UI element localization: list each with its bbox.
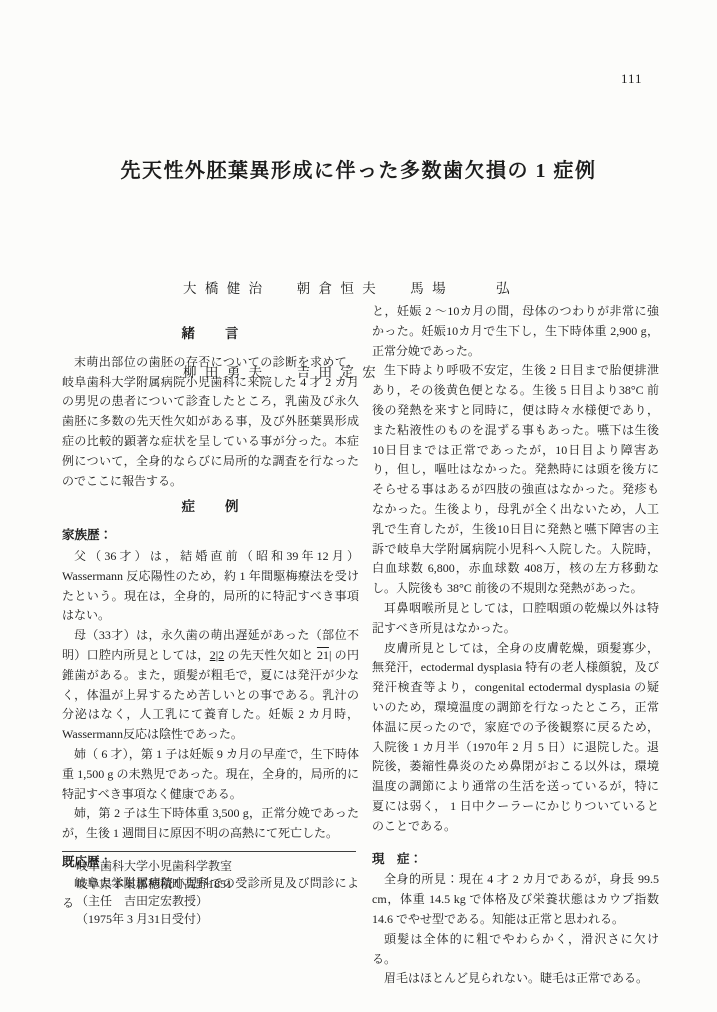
received-date-line: （1975年 3 月31日受付）: [76, 911, 232, 929]
present-condition-label: 現 症：: [372, 850, 659, 870]
address-line: 岐阜県本巣郡穂積町高野1851: [76, 876, 232, 894]
footnote-divider: [62, 851, 356, 852]
continuation-paragraph: と，妊娠 2 〜10カ月の間，母体のつわりが非常に強かった。妊娠10カ月で生下し…: [372, 302, 659, 361]
section-heading-introduction: 緒 言: [62, 324, 359, 344]
dental-notation-lower: 2|2: [210, 648, 224, 662]
section-heading-case: 症 例: [62, 497, 359, 517]
chief-line: （主任 吉田定宏教授）: [76, 893, 232, 911]
hair-paragraph: 頭髪は全体的に粗でやわらかく，滑沢さに欠ける。: [372, 930, 659, 970]
intro-paragraph: 末萌出部位の歯胚の存否についての診断を求めて，岐阜歯科大学附属病院小児歯科に来院…: [62, 353, 359, 492]
family-history-label: 家族歴：: [62, 526, 359, 546]
mother-text-mid: の先天性欠如と: [224, 648, 317, 662]
left-column: 緒 言 末萌出部位の歯胚の存否についての診断を求めて，岐阜歯科大学附属病院小児歯…: [62, 318, 359, 913]
page-number: 111: [621, 71, 643, 87]
footnote-block: 岐阜歯科大学小児歯科学教室 岐阜県本巣郡穂積町高野1851 （主任 吉田定宏教授…: [76, 858, 232, 928]
birth-history-paragraph: 生下時より呼吸不安定，生後 2 日目まで胎便排泄あり，その後黄色便となる。生後 …: [372, 361, 659, 599]
author-line-1: 大 橋 健 治 朝 倉 恒 夫 馬 場 弘: [183, 275, 512, 303]
general-findings-paragraph: 全身的所見：現在 4 才 2 カ月であるが，身長 99.5 cm，体重 14.5…: [372, 870, 659, 929]
father-paragraph: 父（36才）は，結婚直前（昭和39年12月）Wassermann 反応陽性のため…: [62, 547, 359, 626]
paper-title: 先天性外胚葉異形成に伴った多数歯欠損の 1 症例: [0, 154, 717, 183]
sister2-paragraph: 姉，第 2 子は生下時体重 3,500 g，正常分娩であったが，生後 1 週間目…: [62, 804, 359, 844]
right-column: と，妊娠 2 〜10カ月の間，母体のつわりが非常に強かった。妊娠10カ月で生下し…: [372, 302, 659, 989]
ent-findings-paragraph: 耳鼻咽喉所見としては，口腔咽頭の乾燥以外は特記すべき所見はなかった。: [372, 599, 659, 639]
dental-notation-upper: 21: [317, 648, 329, 662]
paper-page: 111 先天性外胚葉異形成に伴った多数歯欠損の 1 症例 大 橋 健 治 朝 倉…: [0, 0, 717, 1012]
mother-paragraph: 母（33才）は，永久歯の萌出遅延があった（部位不明）口腔内所見としては，2|2 …: [62, 626, 359, 745]
sister1-paragraph: 姉（ 6 才），第 1 子は妊娠 9 カ月の早産で，生下時体重 1,500 g …: [62, 745, 359, 804]
eyebrow-paragraph: 眉毛はほとんど見られない。睫毛は正常である。: [372, 969, 659, 989]
skin-findings-paragraph: 皮膚所見としては，全身の皮膚乾燥，頭髪寡少，無発汗，ectodermal dys…: [372, 639, 659, 837]
affiliation-line: 岐阜歯科大学小児歯科学教室: [76, 858, 232, 876]
